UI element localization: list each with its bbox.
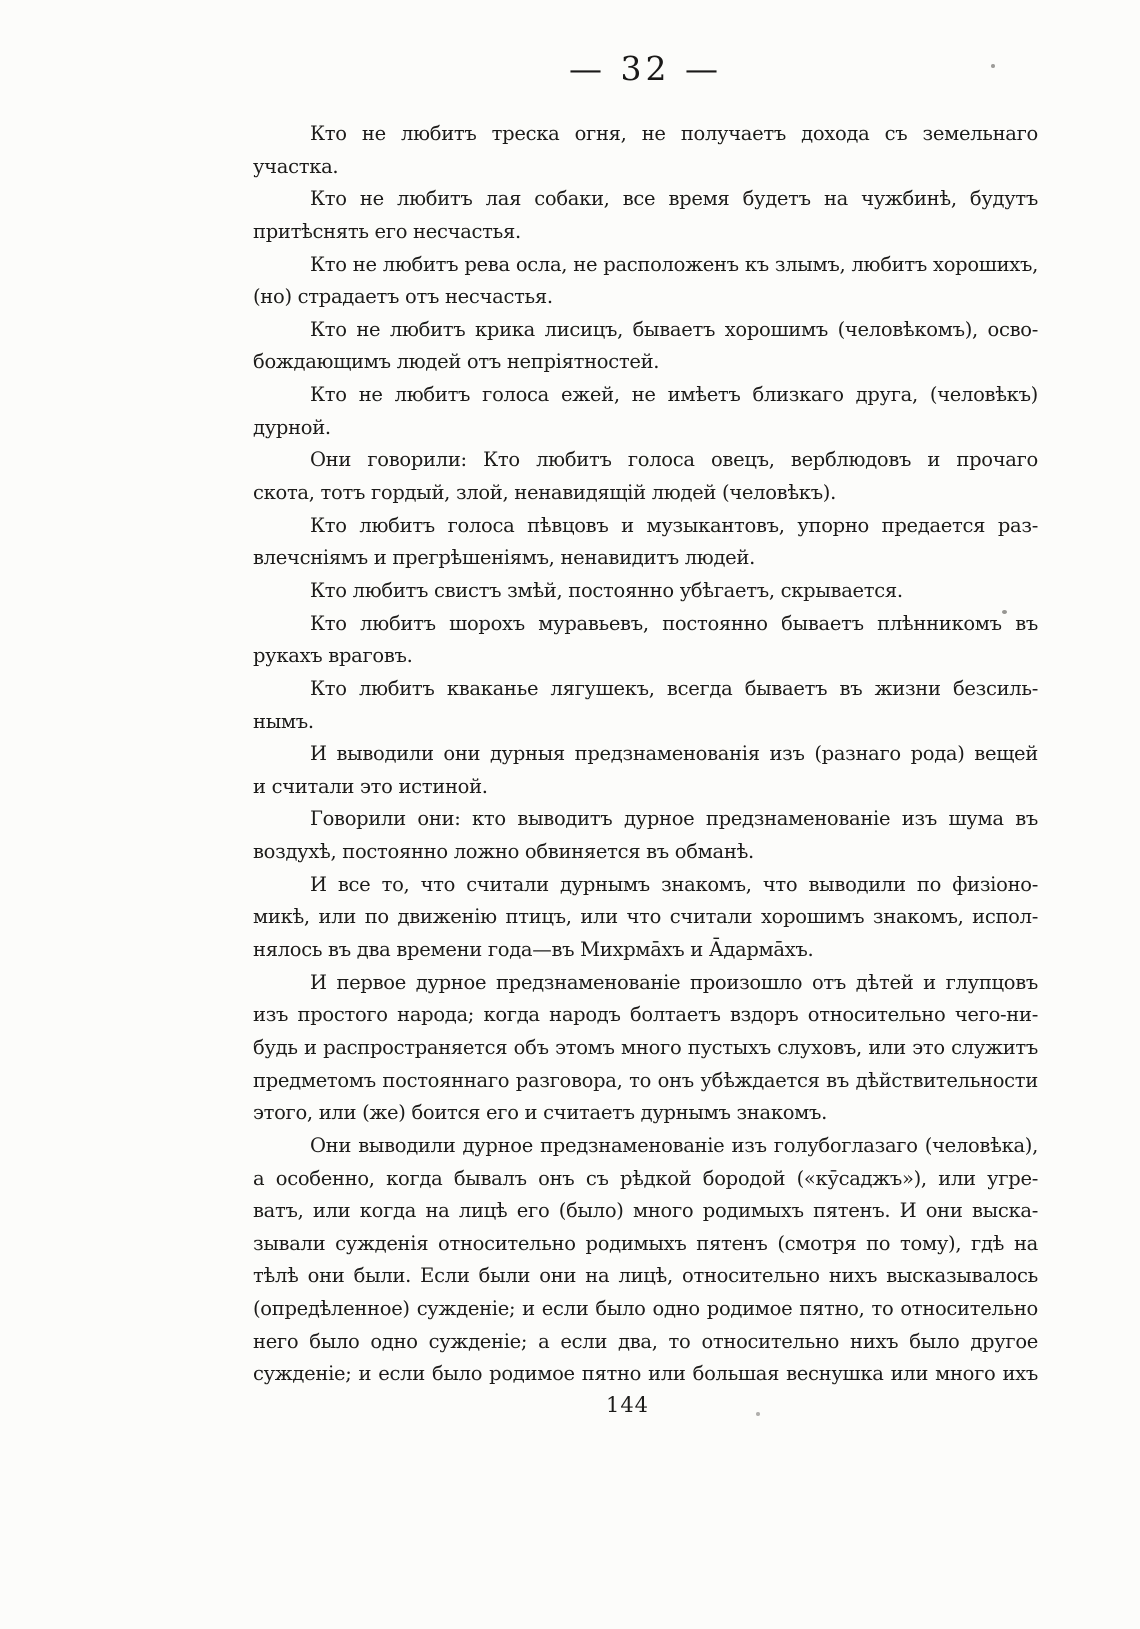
line-text: тѣлѣ они были. Если были они на лицѣ, от…	[253, 1264, 1038, 1287]
text-line: Кто не любитъ крика лисицъ, бываетъ хоро…	[253, 314, 1038, 347]
text-line: И все то, что считали дурнымъ знакомъ, ч…	[253, 869, 1038, 902]
text-line: Кто любитъ шорохъ муравьевъ, постоянно б…	[253, 608, 1038, 641]
text-line: Кто любитъ голоса пѣвцовъ и музыкантовъ,…	[253, 510, 1038, 543]
line-text: нымъ.	[253, 710, 314, 733]
text-line: участка.	[253, 151, 1038, 184]
line-text: Кто любитъ кваканье лягушекъ, всегда быв…	[310, 677, 1038, 700]
line-text: этого, или (же) боится его и считаетъ ду…	[253, 1101, 827, 1124]
line-text: Кто не любитъ рева осла, не расположенъ …	[310, 253, 1038, 276]
text-line: зывали сужденія относительно родимыхъ пя…	[253, 1228, 1038, 1261]
line-text: скота, тотъ гордый, злой, ненавидящій лю…	[253, 481, 836, 504]
text-line: дурной.	[253, 412, 1038, 445]
line-text: Кто любитъ шорохъ муравьевъ, постоянно б…	[310, 612, 1038, 635]
text-line: а особенно, когда бывалъ онъ съ рѣдкой б…	[253, 1163, 1038, 1196]
line-text: Кто любитъ голоса пѣвцовъ и музыкантовъ,…	[310, 514, 1038, 537]
text-line: сужденіе; и если было родимое пятно или …	[253, 1358, 1038, 1391]
line-text: зывали сужденія относительно родимыхъ пя…	[253, 1232, 1038, 1255]
line-text: Говорили они: кто выводитъ дурное предзн…	[310, 807, 1038, 830]
line-text: изъ простого народа; когда народъ болтае…	[253, 1003, 1038, 1026]
text-line: притѣснять его несчастья.	[253, 216, 1038, 249]
text-block: Кто не любитъ треска огня, не получаетъ …	[253, 118, 1038, 1391]
text-line: 546Они говорили: Кто любитъ голоса овецъ…	[253, 444, 1038, 477]
line-text: Кто не любитъ голоса ежей, не имѣетъ бли…	[310, 383, 1038, 406]
line-text: И первое дурное предзнаменованіе произош…	[310, 971, 1038, 994]
text-line: ватъ, или когда на лицѣ его (было) много…	[253, 1195, 1038, 1228]
text-line: Кто любитъ кваканье лягушекъ, всегда быв…	[253, 673, 1038, 706]
line-text: (опредѣленное) сужденіе; и если было одн…	[253, 1297, 1038, 1320]
text-line: влечсніямъ и прегрѣшеніямъ, ненавидитъ л…	[253, 542, 1038, 575]
text-line: воздухѣ, постоянно ложно обвиняется въ о…	[253, 836, 1038, 869]
line-text: воздухѣ, постоянно ложно обвиняется въ о…	[253, 840, 754, 863]
line-text: микѣ, или по движенію птицъ, или что счи…	[253, 905, 1038, 928]
line-text: а особенно, когда бывалъ онъ съ рѣдкой б…	[253, 1167, 1038, 1190]
line-text: участка.	[253, 155, 338, 178]
line-text: Они выводили дурное предзнаменованіе изъ…	[310, 1134, 1038, 1157]
text-line: будь и распространяется объ этомъ много …	[253, 1032, 1038, 1065]
text-line: (опредѣленное) сужденіе; и если было одн…	[253, 1293, 1038, 1326]
line-text: Кто не любитъ треска огня, не получаетъ …	[310, 122, 1038, 145]
line-text: и считали это истиной.	[253, 775, 488, 798]
text-line: этого, или (же) боится его и считаетъ ду…	[253, 1097, 1038, 1130]
text-line: него было одно сужденіе; а если два, то …	[253, 1326, 1038, 1359]
line-text: дурной.	[253, 416, 331, 439]
text-line: Они выводили дурное предзнаменованіе изъ…	[253, 1130, 1038, 1163]
text-line: Кто не любитъ лая собаки, все время буде…	[253, 183, 1038, 216]
line-text: будь и распространяется объ этомъ много …	[253, 1036, 1038, 1059]
text-line: скота, тотъ гордый, злой, ненавидящій лю…	[253, 477, 1038, 510]
text-line: бождающимъ людей отъ непріятностей.	[253, 346, 1038, 379]
line-text: рукахъ враговъ.	[253, 644, 413, 667]
line-text: И все то, что считали дурнымъ знакомъ, ч…	[310, 873, 1038, 896]
text-line: предметомъ постояннаго разговора, то онъ…	[253, 1065, 1038, 1098]
line-text: Они говорили: Кто любитъ голоса овецъ, в…	[310, 448, 1038, 471]
line-text: бождающимъ людей отъ непріятностей.	[253, 350, 659, 373]
text-line: И выводили они дурныя предзнаменованія и…	[253, 738, 1038, 771]
line-text: нялось въ два времени года—въ Михрма̄хъ …	[253, 938, 813, 961]
text-line: 55aтѣлѣ они были. Если были они на лицѣ,…	[253, 1260, 1038, 1293]
line-text: предметомъ постояннаго разговора, то онъ…	[253, 1069, 1038, 1092]
text-line: Кто не любитъ треска огня, не получаетъ …	[253, 118, 1038, 151]
line-text: влечсніямъ и прегрѣшеніямъ, ненавидитъ л…	[253, 546, 755, 569]
line-text: ватъ, или когда на лицѣ его (было) много…	[253, 1199, 1038, 1222]
text-line: нялось въ два времени года—въ Михрма̄хъ …	[253, 934, 1038, 967]
text-line: рукахъ враговъ.	[253, 640, 1038, 673]
text-line: Кто не любитъ голоса ежей, не имѣетъ бли…	[253, 379, 1038, 412]
text-line: Говорили они: кто выводитъ дурное предзн…	[253, 803, 1038, 836]
line-text: Кто не любитъ лая собаки, все время буде…	[310, 187, 1038, 210]
text-line: и считали это истиной.	[253, 771, 1038, 804]
text-line: Кто любитъ свистъ змѣй, постоянно убѣгае…	[253, 575, 1038, 608]
scan-speck	[756, 1412, 760, 1416]
line-text: притѣснять его несчастья.	[253, 220, 521, 243]
text-line: (но) страдаетъ отъ несчастья.	[253, 281, 1038, 314]
scan-speck	[1002, 610, 1007, 614]
text-line: изъ простого народа; когда народъ болтае…	[253, 999, 1038, 1032]
text-line: Кто не любитъ рева осла, не расположенъ …	[253, 249, 1038, 282]
line-text: Кто не любитъ крика лисицъ, бываетъ хоро…	[310, 318, 1038, 341]
line-text: него было одно сужденіе; а если два, то …	[253, 1330, 1038, 1353]
folio-number: 144	[235, 1392, 1020, 1418]
scan-speck	[991, 64, 995, 68]
page-number-header: — 32 —	[253, 48, 1038, 90]
line-text: (но) страдаетъ отъ несчастья.	[253, 285, 553, 308]
text-line: И первое дурное предзнаменованіе произош…	[253, 967, 1038, 1000]
line-text: сужденіе; и если было родимое пятно или …	[253, 1362, 1038, 1385]
line-text: И выводили они дурныя предзнаменованія и…	[310, 742, 1038, 765]
text-line: микѣ, или по движенію птицъ, или что счи…	[253, 901, 1038, 934]
line-text: Кто любитъ свистъ змѣй, постоянно убѣгае…	[310, 579, 903, 602]
text-line: нымъ.	[253, 706, 1038, 739]
book-page: — 32 — Кто не любитъ треска огня, не пол…	[0, 0, 1140, 1629]
